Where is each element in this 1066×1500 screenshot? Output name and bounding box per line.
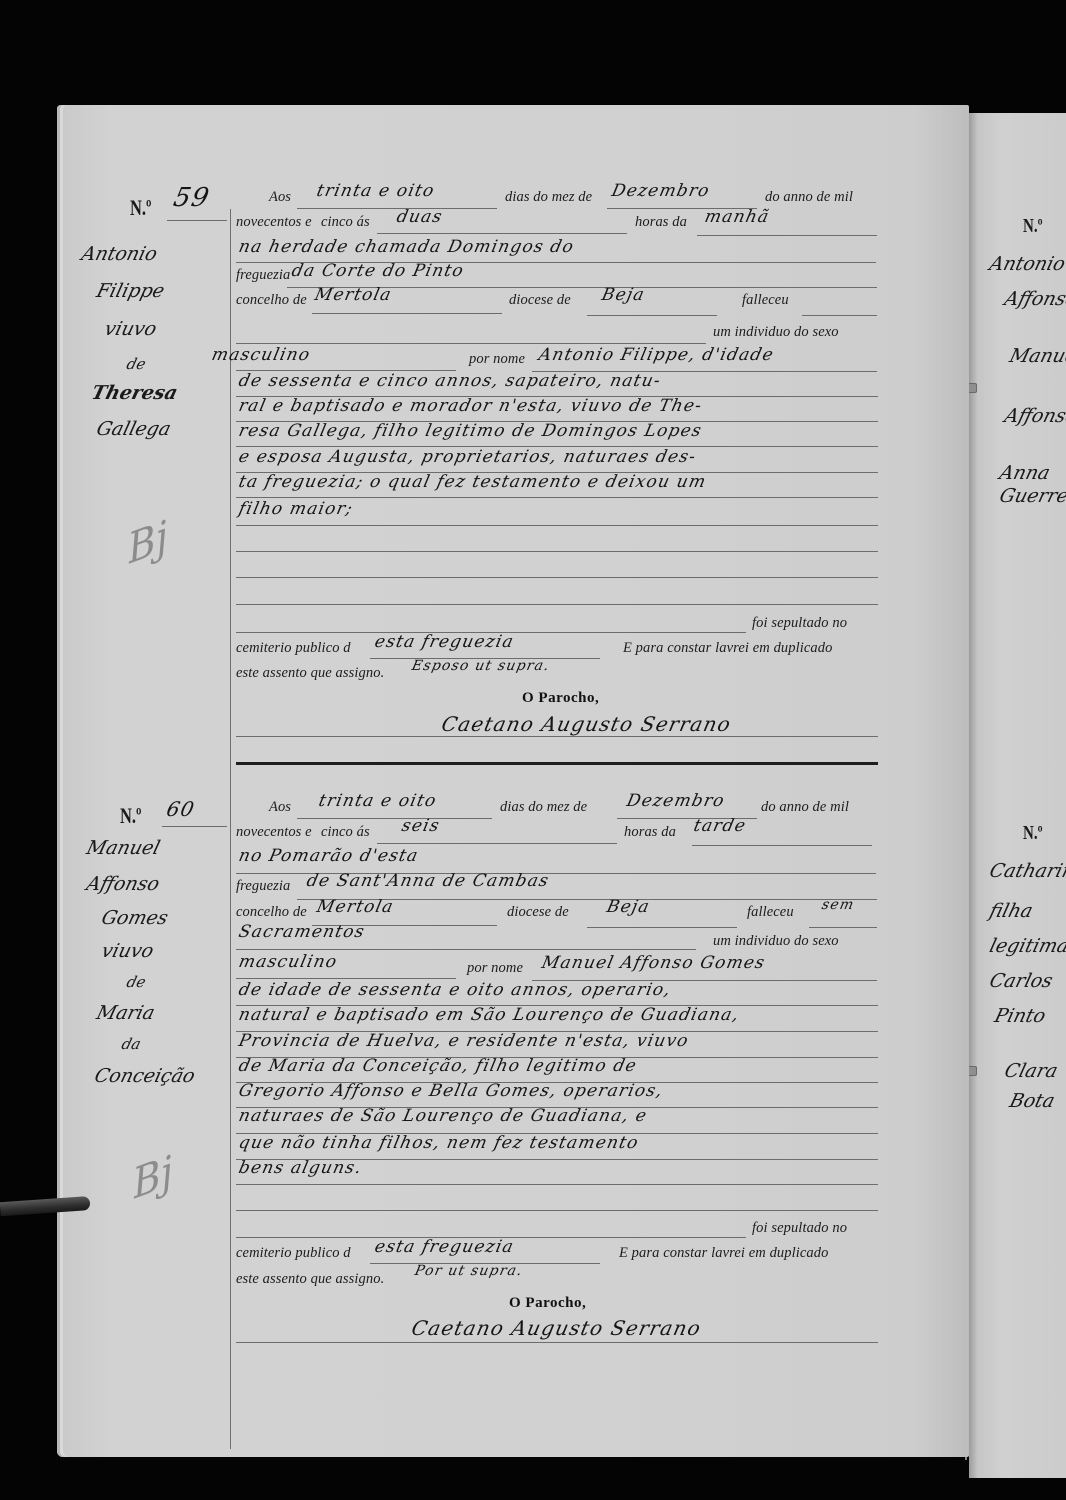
- field-mez: Dezembro: [610, 181, 712, 201]
- field-periodo: tarde: [692, 816, 748, 836]
- field-diocese: Beja: [600, 285, 647, 305]
- field-sexo: masculino: [237, 952, 340, 972]
- label-e-para-constar: E para constar lavrei em duplicado: [623, 640, 832, 657]
- margin-name-line: Maria: [94, 1002, 157, 1024]
- margin-name-line: da: [120, 1035, 143, 1053]
- field-dia: trinta e oito: [315, 181, 437, 201]
- parocho-label: O Parocho,: [509, 1295, 586, 1312]
- label-aos: Aos: [269, 189, 291, 206]
- adjacent-page: [969, 113, 1066, 1478]
- label-novecentos: novecentos e: [236, 824, 312, 841]
- body-line: e esposa Augusta, proprietarios, naturae…: [237, 447, 698, 467]
- body-line: Provincia de Huelva, e residente n'esta,…: [237, 1031, 691, 1051]
- margin-name-line: Antonio: [79, 243, 159, 265]
- field-nome: Antonio Filippe, d'idade: [537, 345, 776, 365]
- margin-name-line: Filippe: [94, 280, 166, 302]
- adjacent-margin-name: Anna: [997, 462, 1052, 484]
- field-hora: duas: [395, 207, 445, 227]
- body-line: de idade de sessenta e oito annos, opera…: [237, 980, 673, 1000]
- label-sepultado: foi sepultado no: [752, 1220, 847, 1237]
- entry-number: 59: [171, 183, 213, 213]
- field-concelho: Mertola: [313, 285, 394, 305]
- field-assino-extra: Por ut supra.: [413, 1263, 524, 1279]
- label-por-nome: por nome: [467, 960, 523, 977]
- field-local: no Pomarão d'esta: [237, 846, 421, 866]
- label-freguezia: freguezia: [236, 878, 290, 895]
- entry-number: 60: [164, 797, 197, 821]
- label-cinco-as: cinco ás: [321, 824, 370, 841]
- body-line: Gregorio Affonso e Bella Gomes, operario…: [237, 1081, 665, 1101]
- label-concelho: concelho de: [236, 292, 307, 309]
- field-falleceu-extra: sem: [820, 897, 856, 913]
- field-cemiterio: esta freguezia: [373, 1237, 516, 1257]
- margin-name-line: Gomes: [99, 907, 170, 929]
- parocho-signature: Caetano Augusto Serrano: [439, 712, 733, 736]
- adjacent-margin-name: legitima: [987, 935, 1066, 957]
- register-page: N.º 59 Antonio Filippe viuvo de Theresa …: [57, 105, 969, 1457]
- adjacent-margin-name: Affonso: [1002, 405, 1066, 427]
- label-anno: do anno de mil: [765, 189, 853, 206]
- adjacent-number-label: N.º: [1023, 822, 1043, 845]
- margin-name-line: de: [125, 355, 148, 373]
- label-falleceu: falleceu: [742, 292, 789, 309]
- field-diocese: Beja: [605, 897, 652, 917]
- body-line: natural e baptisado em São Lourenço de G…: [237, 1005, 742, 1025]
- label-cemiterio: cemiterio publico d: [236, 640, 351, 657]
- field-local: na herdade chamada Domingos do: [237, 237, 576, 257]
- label-anno: do anno de mil: [761, 799, 849, 816]
- margin-name-line: viuvo: [102, 318, 159, 340]
- body-line: filho maior;: [237, 499, 355, 519]
- body-line: de Maria da Conceição, filho legitimo de: [237, 1056, 639, 1076]
- entry-number-label: N.º: [120, 803, 141, 829]
- field-sexo: masculino: [210, 345, 313, 365]
- margin-name-line: Gallega: [94, 418, 173, 440]
- field-sacramento: Sacramentos: [237, 922, 367, 942]
- label-freguezia: freguezia: [236, 267, 290, 284]
- field-concelho: Mertola: [315, 897, 396, 917]
- body-line: resa Gallega, filho legitimo de Domingos…: [237, 421, 704, 441]
- label-e-para-constar: E para constar lavrei em duplicado: [619, 1245, 828, 1262]
- adjacent-margin-name: Antonio: [987, 253, 1066, 275]
- parocho-label: O Parocho,: [522, 690, 599, 707]
- adjacent-margin-name: Catharina: [987, 860, 1066, 882]
- adjacent-margin-name: Clara: [1002, 1060, 1060, 1082]
- label-aos: Aos: [269, 799, 291, 816]
- parocho-signature: Caetano Augusto Serrano: [409, 1316, 703, 1340]
- field-dia: trinta e oito: [317, 791, 439, 811]
- field-nome: Manuel Affonso Gomes: [540, 953, 767, 973]
- label-falleceu: falleceu: [747, 904, 794, 921]
- label-sexo: um individuo do sexo: [713, 324, 839, 341]
- label-dias-do-mez: dias do mez de: [500, 799, 587, 816]
- adjacent-margin-name: Carlos: [987, 970, 1055, 992]
- label-este-assento: este assento que assigno.: [236, 1271, 384, 1288]
- body-line: ta freguezia; o qual fez testamento e de…: [237, 472, 708, 492]
- label-cemiterio: cemiterio publico d: [236, 1245, 351, 1262]
- label-horas-da: horas da: [635, 214, 687, 231]
- body-line: naturaes de São Lourenço de Guadiana, e: [237, 1106, 649, 1126]
- body-line: que não tinha filhos, nem fez testamento: [237, 1133, 641, 1153]
- label-cinco-as: cinco ás: [321, 214, 370, 231]
- label-este-assento: este assento que assigno.: [236, 665, 384, 682]
- field-hora: seis: [400, 816, 442, 836]
- body-line: ral e baptisado e morador n'esta, viuvo …: [237, 396, 704, 416]
- adjacent-margin-name: Bota: [1007, 1090, 1057, 1112]
- margin-name-line: Affonso: [84, 873, 162, 895]
- label-novecentos: novecentos e: [236, 214, 312, 231]
- label-sepultado: foi sepultado no: [752, 615, 847, 632]
- field-assino-extra: Esposo ut supra.: [410, 658, 551, 674]
- adjacent-margin-name: filha: [987, 900, 1035, 922]
- body-line: bens alguns.: [237, 1158, 364, 1178]
- label-concelho: concelho de: [236, 904, 307, 921]
- field-freguezia: da Corte do Pinto: [290, 261, 466, 281]
- pencil-mark: Bj: [126, 512, 169, 574]
- label-diocese: diocese de: [509, 292, 571, 309]
- field-mez: Dezembro: [625, 791, 727, 811]
- margin-name-line: de: [125, 973, 148, 991]
- label-por-nome: por nome: [469, 351, 525, 368]
- margin-rule: [230, 209, 231, 1449]
- margin-name-line: Manuel: [84, 837, 162, 859]
- label-dias-do-mez: dias do mez de: [505, 189, 592, 206]
- adjacent-margin-name: Manuel: [1007, 345, 1066, 367]
- label-diocese: diocese de: [507, 904, 569, 921]
- field-periodo: manhã: [703, 207, 772, 227]
- label-sexo: um individuo do sexo: [713, 933, 839, 950]
- adjacent-margin-name: Guerreiro: [997, 485, 1066, 507]
- margin-name-line: viuvo: [99, 940, 156, 962]
- pencil-mark: Bj: [131, 1147, 174, 1209]
- entry-number-label: N.º: [130, 195, 151, 221]
- adjacent-margin-name: Pinto: [992, 1005, 1048, 1027]
- body-line: de sessenta e cinco annos, sapateiro, na…: [237, 371, 663, 391]
- adjacent-margin-name: Affonso: [1002, 288, 1066, 310]
- margin-name-line: Theresa: [89, 382, 180, 404]
- adjacent-number-label: N.º: [1023, 215, 1043, 238]
- margin-name-line: Conceição: [92, 1065, 197, 1087]
- field-cemiterio: esta freguezia: [373, 632, 516, 652]
- field-freguezia: de Sant'Anna de Cambas: [305, 871, 551, 891]
- label-horas-da: horas da: [624, 824, 676, 841]
